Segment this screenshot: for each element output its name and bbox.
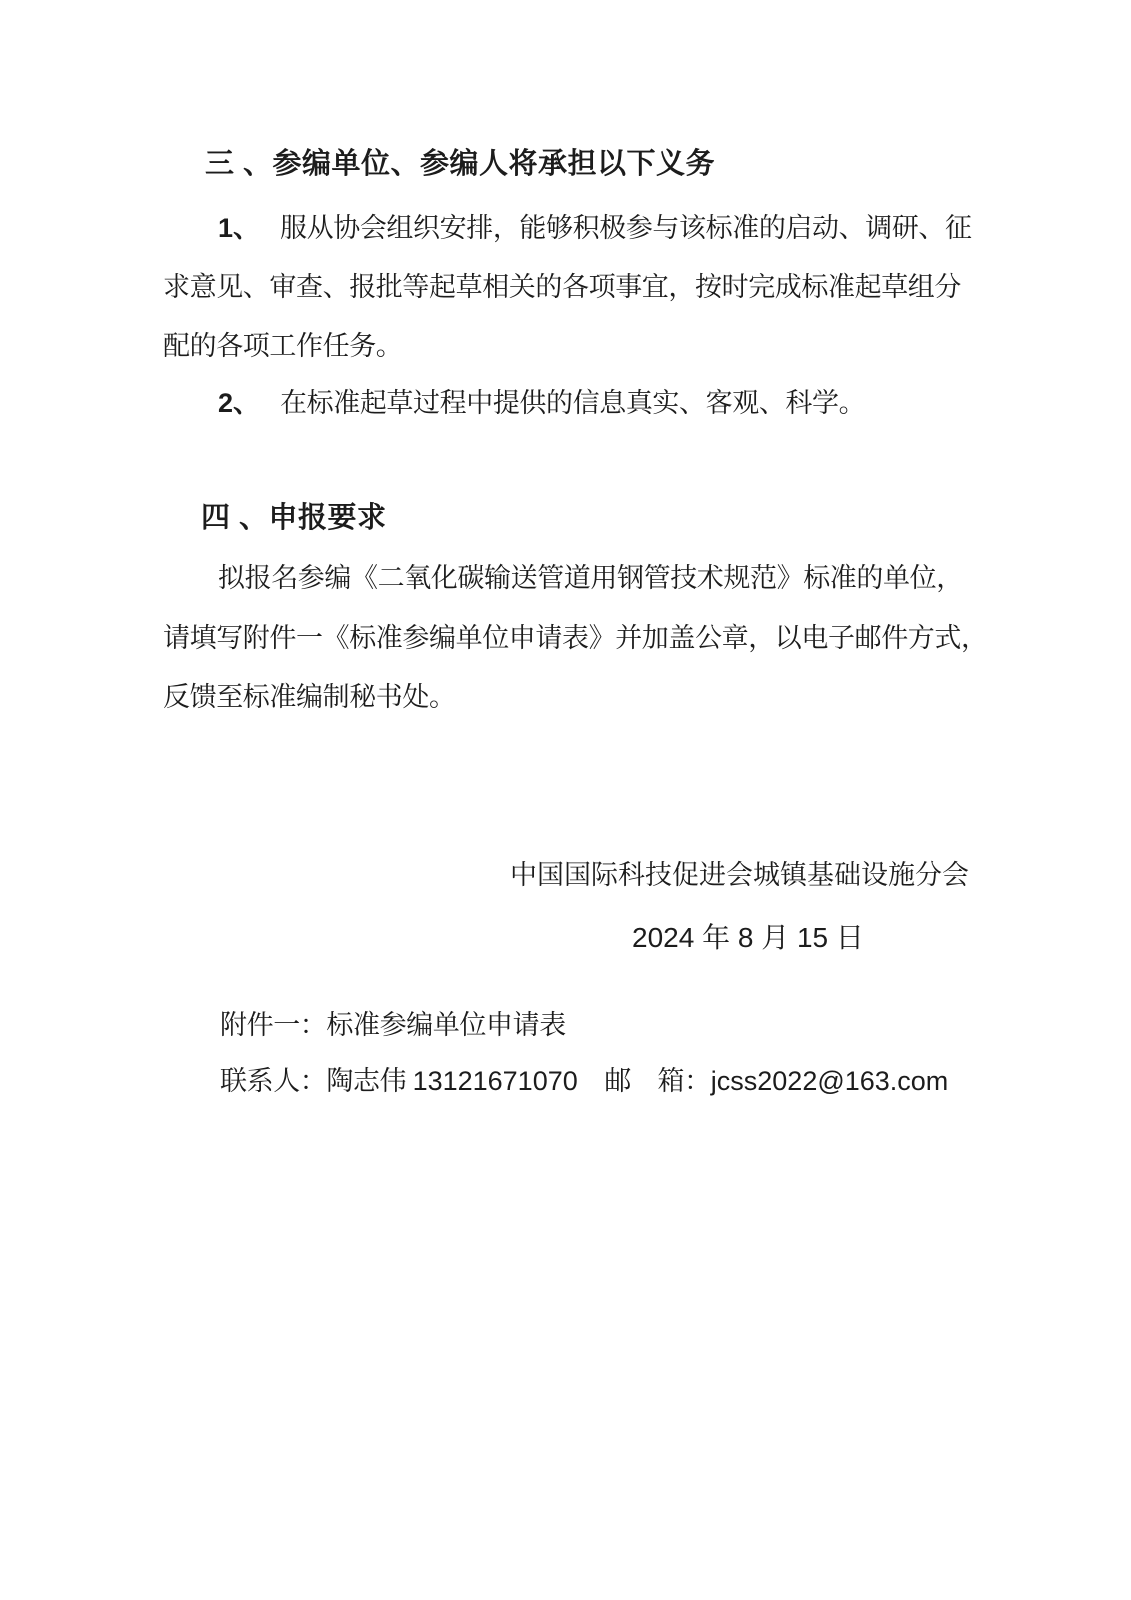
document-page: 三 、参编单位、参编人将承担以下义务 1、服从协会组织安排，能够积极参与该标准的… (0, 0, 1131, 1600)
item-2-number: 2、 (218, 388, 260, 418)
section-three-heading: 三 、参编单位、参编人将承担以下义务 (205, 135, 715, 194)
item-2-line-1: 2、在标准起草过程中提供的信息真实、客观、科学。 (163, 374, 983, 433)
item-1-text-1: 服从协会组织安排，能够积极参与该标准的启动、调研、征 (280, 213, 972, 243)
contact-line: 联系人：陶志伟 13121671070 邮 箱：jcss2022@163.com (220, 1052, 948, 1111)
signature-organization: 中国国际科技促进会城镇基础设施分会 (510, 846, 969, 905)
section-four-line-1: 拟报名参编《二氧化碳输送管道用钢管技术规范》标准的单位， (163, 547, 983, 609)
section-four-line-3: 反馈至标准编制秘书处。 (163, 668, 983, 727)
contact-phone: 13121671070 (413, 1066, 578, 1096)
item-2-text-1: 在标准起草过程中提供的信息真实、客观、科学。 (280, 388, 865, 418)
contact-label: 联系人：陶志伟 (220, 1066, 406, 1096)
attachment-note: 附件一：标准参编单位申请表 (220, 996, 566, 1055)
item-1-text-2: 求意见、审查、报批等起草相关的各项事宜，按时完成标准起草组分 (163, 272, 961, 302)
section-four-paragraph: 拟报名参编《二氧化碳输送管道用钢管技术规范》标准的单位， 请填写附件一《标准参编… (163, 547, 983, 727)
section-four-text-2: 请填写附件一《标准参编单位申请表》并加盖公章，以电子邮件方式， (163, 623, 988, 653)
section-four-text-1: 拟报名参编《二氧化碳输送管道用钢管技术规范》标准的单位， (218, 563, 963, 593)
section-four-line-2: 请填写附件一《标准参编单位申请表》并加盖公章，以电子邮件方式， (163, 609, 983, 668)
signature-date: 2024 年 8 月 15 日 (632, 908, 864, 967)
section-four-heading: 四 、申报要求 (201, 489, 387, 548)
item-1-line-1: 1、服从协会组织安排，能够积极参与该标准的启动、调研、征 (163, 199, 983, 258)
section-three-item-2: 2、在标准起草过程中提供的信息真实、客观、科学。 (163, 374, 983, 433)
contact-email: jcss2022@163.com (711, 1066, 949, 1096)
item-1-line-2: 求意见、审查、报批等起草相关的各项事宜，按时完成标准起草组分 (163, 258, 983, 317)
item-1-line-3: 配的各项工作任务。 (163, 317, 983, 376)
mail-label: 邮 箱： (604, 1066, 710, 1096)
section-three-item-1: 1、服从协会组织安排，能够积极参与该标准的启动、调研、征 求意见、审查、报批等起… (163, 199, 983, 376)
section-four-text-3: 反馈至标准编制秘书处。 (163, 682, 456, 712)
item-1-text-3: 配的各项工作任务。 (163, 331, 402, 361)
item-1-number: 1、 (218, 213, 260, 243)
